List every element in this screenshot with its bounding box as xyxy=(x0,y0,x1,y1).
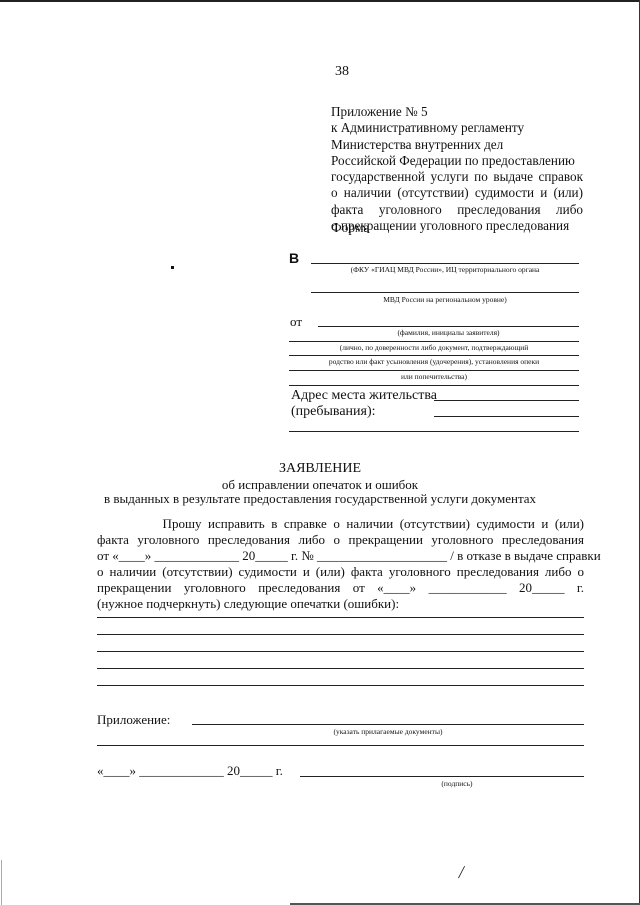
attachment-label: Приложение: xyxy=(97,712,170,728)
to-hint-2: МВД России на региональном уровне) xyxy=(311,295,579,304)
attachment-hint: (указать прилагаемые документы) xyxy=(192,727,584,736)
form-label: Форма xyxy=(331,220,369,236)
scan-border-top xyxy=(0,0,640,2)
errors-field-line-5[interactable] xyxy=(97,685,584,686)
to-field-line-1[interactable] xyxy=(311,263,579,264)
address-field-line-1[interactable] xyxy=(434,400,579,401)
document-subtitle-2: в выданных в результате предоставления г… xyxy=(0,491,640,507)
from-hint-1: (фамилия, инициалы заявителя) xyxy=(318,328,579,337)
appendix-line: о наличии (отсутствии) судимости и (или) xyxy=(331,185,583,201)
request-paragraph: Прошу исправить в справке о наличии (отс… xyxy=(97,516,584,612)
to-field-line-2[interactable] xyxy=(311,292,579,293)
signature-field-line[interactable] xyxy=(300,776,584,777)
date-field[interactable]: «____» _____________ 20_____ г. xyxy=(97,763,283,779)
address-field-line-3[interactable] xyxy=(289,431,579,432)
request-line: от «____» _____________ 20_____ г. № ___… xyxy=(97,548,584,564)
request-line: о наличии (отсутствии) судимости и (или)… xyxy=(97,564,584,580)
address-label: Адрес места жительства (пребывания): xyxy=(291,388,437,420)
address-label-line-1: Адрес места жительства xyxy=(291,388,437,404)
request-line: Прошу исправить в справке о наличии (отс… xyxy=(97,516,584,532)
to-label: В xyxy=(289,250,299,266)
appendix-header: Приложение № 5 к Административному регла… xyxy=(331,104,583,234)
address-label-line-2: (пребывания): xyxy=(291,404,437,420)
errors-field-line-2[interactable] xyxy=(97,634,584,635)
scan-border-left xyxy=(1,860,2,905)
from-hint-4: или попечительства) xyxy=(289,372,579,381)
errors-field-line-4[interactable] xyxy=(97,668,584,669)
from-field-line-5[interactable] xyxy=(289,385,579,386)
from-label: от xyxy=(290,314,302,330)
request-line: факта уголовного преследования либо о пр… xyxy=(97,532,584,548)
scan-speck xyxy=(171,266,174,269)
from-field-line-1[interactable] xyxy=(318,326,579,327)
errors-field-line-1[interactable] xyxy=(97,617,584,618)
attachment-field-line-2[interactable] xyxy=(97,745,584,746)
document-title: ЗАЯВЛЕНИЕ xyxy=(0,461,640,477)
address-field-line-2[interactable] xyxy=(434,416,579,417)
appendix-line: к Административному регламенту xyxy=(331,120,583,136)
signature-hint: (подпись) xyxy=(300,779,584,788)
page-number: 38 xyxy=(335,64,349,80)
to-hint-1: (ФКУ «ГИАЦ МВД России», ИЦ территориальн… xyxy=(311,265,579,274)
from-field-line-4[interactable] xyxy=(289,370,579,371)
request-line: (нужное подчеркнуть) следующие опечатки … xyxy=(97,596,584,612)
handwritten-mark: / xyxy=(457,862,466,883)
appendix-line: факта уголовного преследования либо xyxy=(331,202,583,218)
from-hint-3: родство или факт усыновления (удочерения… xyxy=(289,357,579,366)
appendix-line: Министерства внутренних дел xyxy=(331,137,583,153)
request-line: прекращении уголовного преследования от … xyxy=(97,580,584,596)
errors-field-line-3[interactable] xyxy=(97,651,584,652)
appendix-line: Российской Федерации по предоставлению xyxy=(331,153,583,169)
from-field-line-2[interactable] xyxy=(289,341,579,342)
appendix-line: государственной услуги по выдаче справок xyxy=(331,169,583,185)
appendix-line: Приложение № 5 xyxy=(331,104,583,120)
attachment-field-line-1[interactable] xyxy=(192,724,584,725)
from-hint-2: (лично, по доверенности либо документ, п… xyxy=(289,343,579,352)
from-field-line-3[interactable] xyxy=(289,355,579,356)
